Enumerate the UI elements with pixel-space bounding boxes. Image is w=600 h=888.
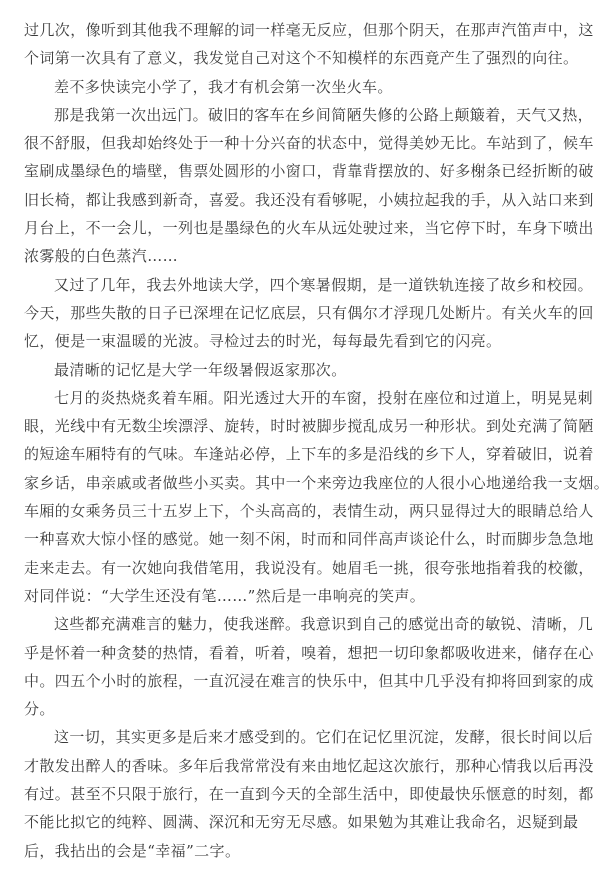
text-line: 差不多快读完小学了，我才有机会第一次坐火车。 <box>24 73 568 101</box>
paragraph-3: 那是我第一次出远门。破旧的客车在乡间简陋失修的公路上颠簸着，天气又热， 很不舒服… <box>24 101 568 271</box>
text-line: 后，我拈出的会是“幸福”二字。 <box>24 837 568 865</box>
paragraph-5: 最清晰的记忆是大学一年级暑假返家那次。 <box>24 356 568 384</box>
text-line: 家乡话，串亲戚或者做些小买卖。其中一个来旁边我座位的人很小心地递给我一支烟。 <box>24 469 568 497</box>
text-line: 不能比拟它的纯粹、圆满、深沉和无穷无尽感。如果勉为其难让我命名，迟疑到最 <box>24 808 568 836</box>
text-line: 有过。甚至不只限于旅行，在一直到今天的全部生活中，即使最快乐惬意的时刻，都 <box>24 780 568 808</box>
text-line: 过几次，像听到其他我不理解的词一样毫无反应，但那个阴天，在那声汽笛声中，这 <box>24 16 568 44</box>
text-line: 才散发出醉人的香味。多年后我常常没有来由地忆起这次旅行，那种心情我以后再没 <box>24 752 568 780</box>
text-line: 的短途车厢特有的气味。车逢站必停，上下车的多是沿线的乡下人，穿着破旧，说着 <box>24 440 568 468</box>
text-line: 旧长椅，都让我感到新奇，喜爱。我还没有看够呢，小姨拉起我的手，从入站口来到 <box>24 186 568 214</box>
text-line: 月台上，不一会儿，一列也是墨绿色的火车从远处驶过来，当它停下时，车身下喷出 <box>24 214 568 242</box>
paragraph-4: 又过了几年，我去外地读大学，四个寒暑假期，是一道铁轨连接了故乡和校园。 今天，那… <box>24 271 568 356</box>
text-line: 乎是怀着一种贪婪的热情，看着，听着，嗅着，想把一切印象都吸收进来，储存在心 <box>24 639 568 667</box>
text-line: 中。四五个小时的旅程，一直沉浸在难言的快乐中，但其中几乎没有抑将回到家的成 <box>24 667 568 695</box>
text-line: 七月的炎热烧炙着车厢。阳光透过大开的车窗，投射在座位和过道上，明晃晃刺 <box>24 384 568 412</box>
text-line: 浓雾般的白色蒸汽…… <box>24 242 568 270</box>
paragraph-1: 过几次，像听到其他我不理解的词一样毫无反应，但那个阴天，在那声汽笛声中，这 个词… <box>24 16 568 73</box>
text-line: 眼，光线中有无数尘埃漂浮、旋转，时时被脚步搅乱成另一种形状。到处充满了简陋 <box>24 412 568 440</box>
document-page: 过几次，像听到其他我不理解的词一样毫无反应，但那个阴天，在那声汽笛声中，这 个词… <box>24 16 568 865</box>
text-line: 这些都充满难言的魅力，使我迷醉。我意识到自己的感觉出奇的敏锐、清晰，几 <box>24 610 568 638</box>
text-line: 最清晰的记忆是大学一年级暑假返家那次。 <box>24 356 568 384</box>
text-line: 对同伴说：“大学生还没有笔……”然后是一串响亮的笑声。 <box>24 582 568 610</box>
paragraph-2: 差不多快读完小学了，我才有机会第一次坐火车。 <box>24 73 568 101</box>
text-line: 今天，那些失散的日子已深埋在记忆底层，只有偶尔才浮现几处断片。有关火车的回 <box>24 299 568 327</box>
text-line: 车厢的女乘务员三十五岁上下，个头高高的，表情生动，两只显得过大的眼睛总给人 <box>24 497 568 525</box>
text-line: 忆，便是一束温暖的光波。寻检过去的时光，每每最先看到它的闪亮。 <box>24 327 568 355</box>
text-line: 那是我第一次出远门。破旧的客车在乡间简陋失修的公路上颠簸着，天气又热， <box>24 101 568 129</box>
paragraph-8: 这一切，其实更多是后来才感受到的。它们在记忆里沉淀，发酵，很长时间以后 才散发出… <box>24 723 568 864</box>
text-line: 这一切，其实更多是后来才感受到的。它们在记忆里沉淀，发酵，很长时间以后 <box>24 723 568 751</box>
text-line: 一种喜欢大惊小怪的感觉。她一刻不闲，时而和同伴高声谈论什么，时而脚步急急地 <box>24 525 568 553</box>
text-line: 很不舒服，但我却始终处于一种十分兴奋的状态中，觉得美妙无比。车站到了，候车 <box>24 129 568 157</box>
text-line: 走来走去。有一次她向我借笔用，我说没有。她眉毛一挑，很夸张地指着我的校徽， <box>24 554 568 582</box>
paragraph-7: 这些都充满难言的魅力，使我迷醉。我意识到自己的感觉出奇的敏锐、清晰，几 乎是怀着… <box>24 610 568 723</box>
text-line: 又过了几年，我去外地读大学，四个寒暑假期，是一道铁轨连接了故乡和校园。 <box>24 271 568 299</box>
paragraph-6: 七月的炎热烧炙着车厢。阳光透过大开的车窗，投射在座位和过道上，明晃晃刺 眼，光线… <box>24 384 568 610</box>
text-line: 室刷成墨绿色的墙壁，售票处圆形的小窗口，背靠背摆放的、好多榭条已经折断的破 <box>24 157 568 185</box>
text-line: 个词第一次具有了意义，我发觉自己对这个不知模样的东西竟产生了强烈的向往。 <box>24 44 568 72</box>
text-line: 分。 <box>24 695 568 723</box>
